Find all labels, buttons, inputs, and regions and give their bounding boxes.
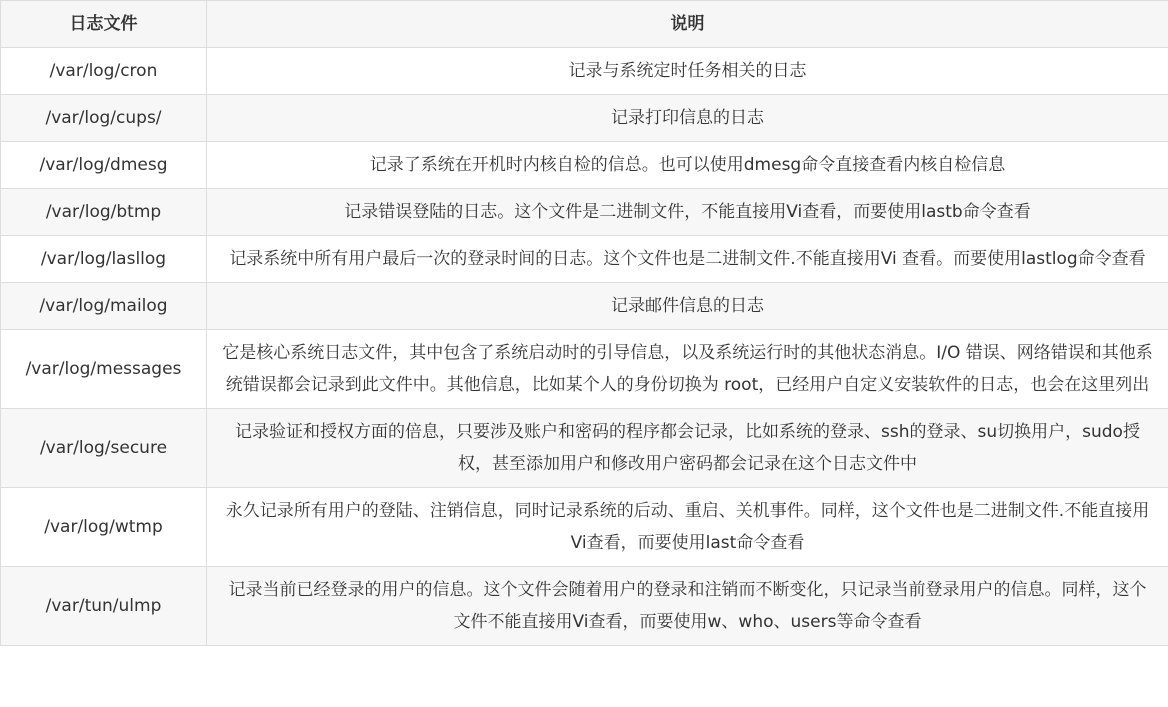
table-row: /var/log/messages 它是核心系统日志文件，其中包含了系统启动时的… (1, 330, 1168, 409)
table-row: /var/log/cups/ 记录打印信息的日志 (1, 95, 1168, 142)
table-row: /var/log/wtmp 永久记录所有用户的登陆、注销信息，同时记录系统的后动… (1, 488, 1168, 567)
header-description: 说明 (207, 1, 1168, 48)
log-file-description: 记录与系统定时任务相关的日志 (207, 48, 1168, 95)
log-file-path: /var/log/wtmp (1, 488, 207, 567)
log-file-description: 记录了系统在开机时内核自检的信总。也可以使用dmesg命令直接查看内核自检信息 (207, 142, 1168, 189)
log-file-path: /var/log/cron (1, 48, 207, 95)
table-row: /var/log/btmp 记录错误登陆的日志。这个文件是二进制文件，不能直接用… (1, 189, 1168, 236)
log-file-path: /var/log/secure (1, 409, 207, 488)
log-file-description: 永久记录所有用户的登陆、注销信息，同时记录系统的后动、重启、关机事件。同样，这个… (207, 488, 1168, 567)
table-row: /var/log/cron 记录与系统定时任务相关的日志 (1, 48, 1168, 95)
table-row: /var/log/dmesg 记录了系统在开机时内核自检的信总。也可以使用dme… (1, 142, 1168, 189)
log-file-description: 记录当前已经登录的用户的信息。这个文件会随着用户的登录和注销而不断变化，只记录当… (207, 567, 1168, 646)
log-file-path: /var/log/mailog (1, 283, 207, 330)
log-file-path: /var/log/lasllog (1, 236, 207, 283)
log-file-description: 记录打印信息的日志 (207, 95, 1168, 142)
table-header: 日志文件 说明 (1, 1, 1168, 48)
table-body: /var/log/cron 记录与系统定时任务相关的日志 /var/log/cu… (1, 48, 1168, 646)
log-file-path: /var/log/cups/ (1, 95, 207, 142)
log-file-description: 记录错误登陆的日志。这个文件是二进制文件，不能直接用Vi查看，而要使用lastb… (207, 189, 1168, 236)
log-file-description: 记录验证和授权方面的倍息，只要涉及账户和密码的程序都会记录，比如系统的登录、ss… (207, 409, 1168, 488)
table-row: /var/log/mailog 记录邮件信息的日志 (1, 283, 1168, 330)
log-file-path: /var/log/dmesg (1, 142, 207, 189)
table-row: /var/tun/ulmp 记录当前已经登录的用户的信息。这个文件会随着用户的登… (1, 567, 1168, 646)
log-files-table: 日志文件 说明 /var/log/cron 记录与系统定时任务相关的日志 /va… (0, 0, 1168, 646)
log-file-description: 它是核心系统日志文件，其中包含了系统启动时的引导信息，以及系统运行时的其他状态消… (207, 330, 1168, 409)
log-file-path: /var/tun/ulmp (1, 567, 207, 646)
header-log-file: 日志文件 (1, 1, 207, 48)
header-row: 日志文件 说明 (1, 1, 1168, 48)
log-file-description: 记录系统中所有用户最后一次的登录时间的日志。这个文件也是二进制文件.不能直接用V… (207, 236, 1168, 283)
log-file-description: 记录邮件信息的日志 (207, 283, 1168, 330)
log-file-path: /var/log/btmp (1, 189, 207, 236)
table-row: /var/log/lasllog 记录系统中所有用户最后一次的登录时间的日志。这… (1, 236, 1168, 283)
log-file-path: /var/log/messages (1, 330, 207, 409)
table-row: /var/log/secure 记录验证和授权方面的倍息，只要涉及账户和密码的程… (1, 409, 1168, 488)
